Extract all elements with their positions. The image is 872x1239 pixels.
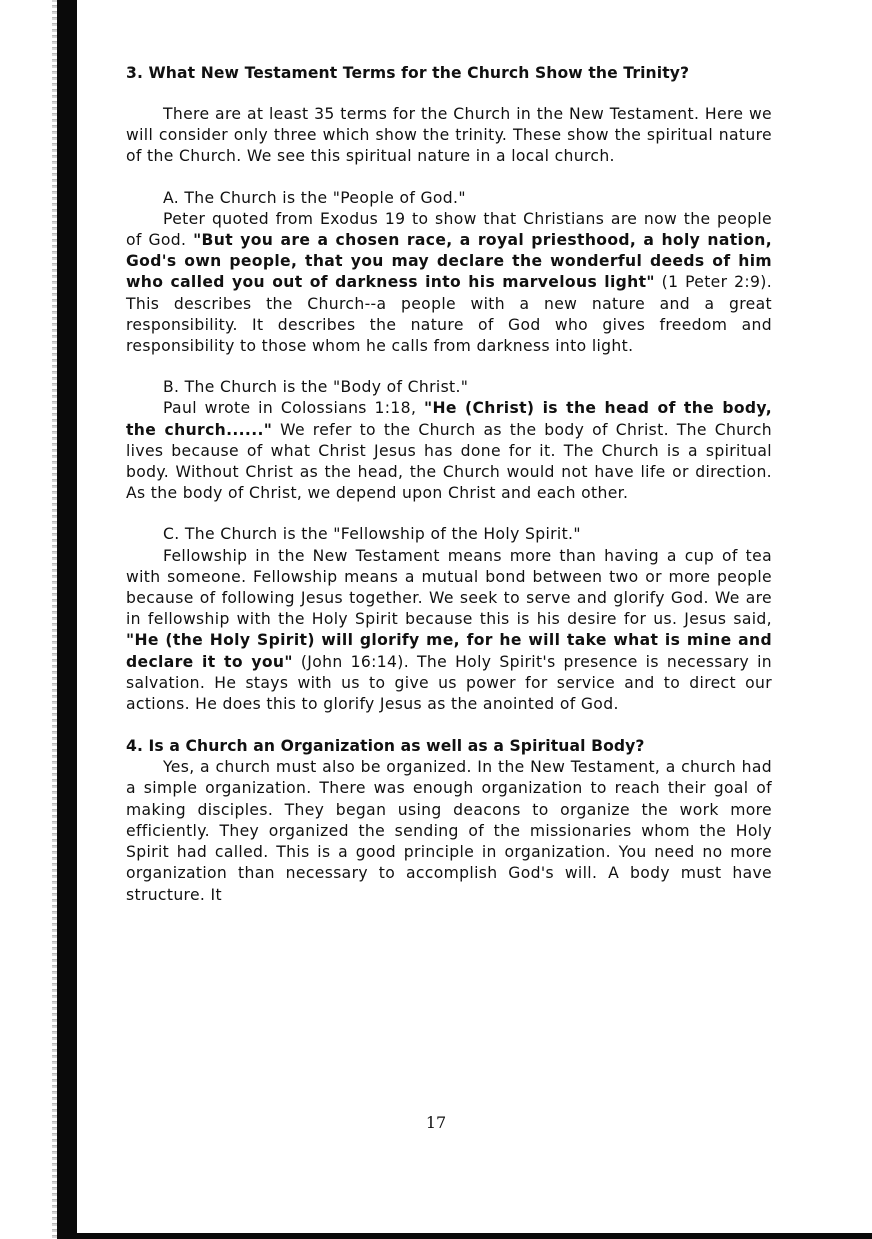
paragraph-a: Peter quoted from Exodus 19 to show that… [126, 209, 772, 357]
subheading-b: B. The Church is the "Body of Christ." [126, 377, 772, 398]
page-binding-edge [57, 0, 77, 1239]
q3-intro-paragraph: There are at least 35 terms for the Chur… [126, 104, 772, 168]
paragraph-b-text: Paul wrote in Colossians 1:18, [163, 399, 424, 417]
page-number: 17 [0, 1113, 872, 1132]
paragraph-b: Paul wrote in Colossians 1:18, "He (Chri… [126, 398, 772, 504]
q4-paragraph: Yes, a church must also be organized. In… [126, 757, 772, 905]
page-content: 3. What New Testament Terms for the Chur… [126, 62, 772, 906]
page-bottom-edge [57, 1233, 872, 1239]
section-heading-q4: 4. Is a Church an Organization as well a… [126, 735, 772, 757]
paragraph-c-text: Fellowship in the New Testament means mo… [126, 547, 772, 629]
paragraph-c: Fellowship in the New Testament means mo… [126, 546, 772, 716]
subheading-c: C. The Church is the "Fellowship of the … [126, 524, 772, 545]
subheading-a: A. The Church is the "People of God." [126, 188, 772, 209]
section-heading-q3: 3. What New Testament Terms for the Chur… [126, 62, 772, 84]
